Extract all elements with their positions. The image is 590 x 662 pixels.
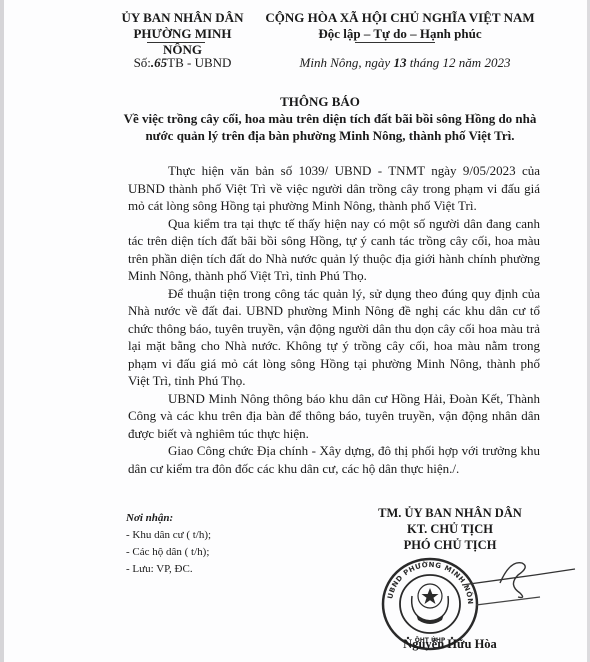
recipient-item: - Các hộ dân ( t/h); — [126, 544, 211, 561]
date-rest: tháng 12 năm 2023 — [406, 55, 510, 70]
motto: Độc lập – Tự do – Hạnh phúc — [250, 26, 550, 42]
issuing-authority: ỦY BAN NHÂN DÂN PHƯỜNG MINH NÔNG — [120, 10, 245, 58]
doc-number-value: .65 — [151, 55, 167, 70]
body-paragraph: Để thuận tiện trong công tác quản lý, sử… — [128, 285, 540, 390]
document-date: Minh Nông, ngày 13 tháng 12 năm 2023 — [270, 55, 540, 71]
authority-underline — [147, 42, 205, 43]
page-edge-left — [0, 0, 4, 662]
motto-underline — [355, 42, 435, 43]
document-title: THÔNG BÁO — [80, 94, 560, 110]
signer-name: Nguyễn Hữu Hòa — [375, 637, 525, 652]
document-number: Số:.65TB - UBND — [120, 55, 245, 71]
signature-icon — [460, 555, 580, 615]
date-prefix: Minh Nông, ngày — [300, 55, 394, 70]
doc-number-suffix: TB - UBND — [167, 55, 231, 70]
signer-line-2: KT. CHỦ TỊCH — [365, 521, 535, 537]
document-subtitle: Về việc trồng cây cối, hoa màu trên diện… — [110, 110, 550, 144]
body-paragraph: Giao Công chức Địa chính - Xây dựng, đô … — [128, 442, 540, 477]
document-body: Thực hiện văn bản số 1039/ UBND - TNMT n… — [128, 162, 540, 477]
body-paragraph: Thực hiện văn bản số 1039/ UBND - TNMT n… — [128, 162, 540, 215]
recipients-block: Nơi nhận: - Khu dân cư ( t/h); - Các hộ … — [126, 510, 211, 578]
recipients-label: Nơi nhận: — [126, 510, 211, 527]
doc-number-prefix: Số: — [134, 55, 151, 70]
body-paragraph: Qua kiểm tra tại thực tế thấy hiện nay c… — [128, 215, 540, 285]
recipient-item: - Khu dân cư ( t/h); — [126, 527, 211, 544]
signer-line-1: TM. ỦY BAN NHÂN DÂN — [365, 505, 535, 521]
national-motto: CỘNG HÒA XÃ HỘI CHỦ NGHĨA VIỆT NAM Độc l… — [250, 10, 550, 42]
authority-line-1: ỦY BAN NHÂN DÂN — [120, 10, 245, 26]
date-day: 13 — [393, 55, 406, 70]
recipient-item: - Lưu: VP, ĐC. — [126, 561, 211, 578]
signer-line-3: PHÓ CHỦ TỊCH — [365, 537, 535, 553]
country-name: CỘNG HÒA XÃ HỘI CHỦ NGHĨA VIỆT NAM — [250, 10, 550, 26]
body-paragraph: UBND Minh Nông thông báo khu dân cư Hồng… — [128, 390, 540, 443]
signer-block: TM. ỦY BAN NHÂN DÂN KT. CHỦ TỊCH PHÓ CHỦ… — [365, 505, 535, 553]
